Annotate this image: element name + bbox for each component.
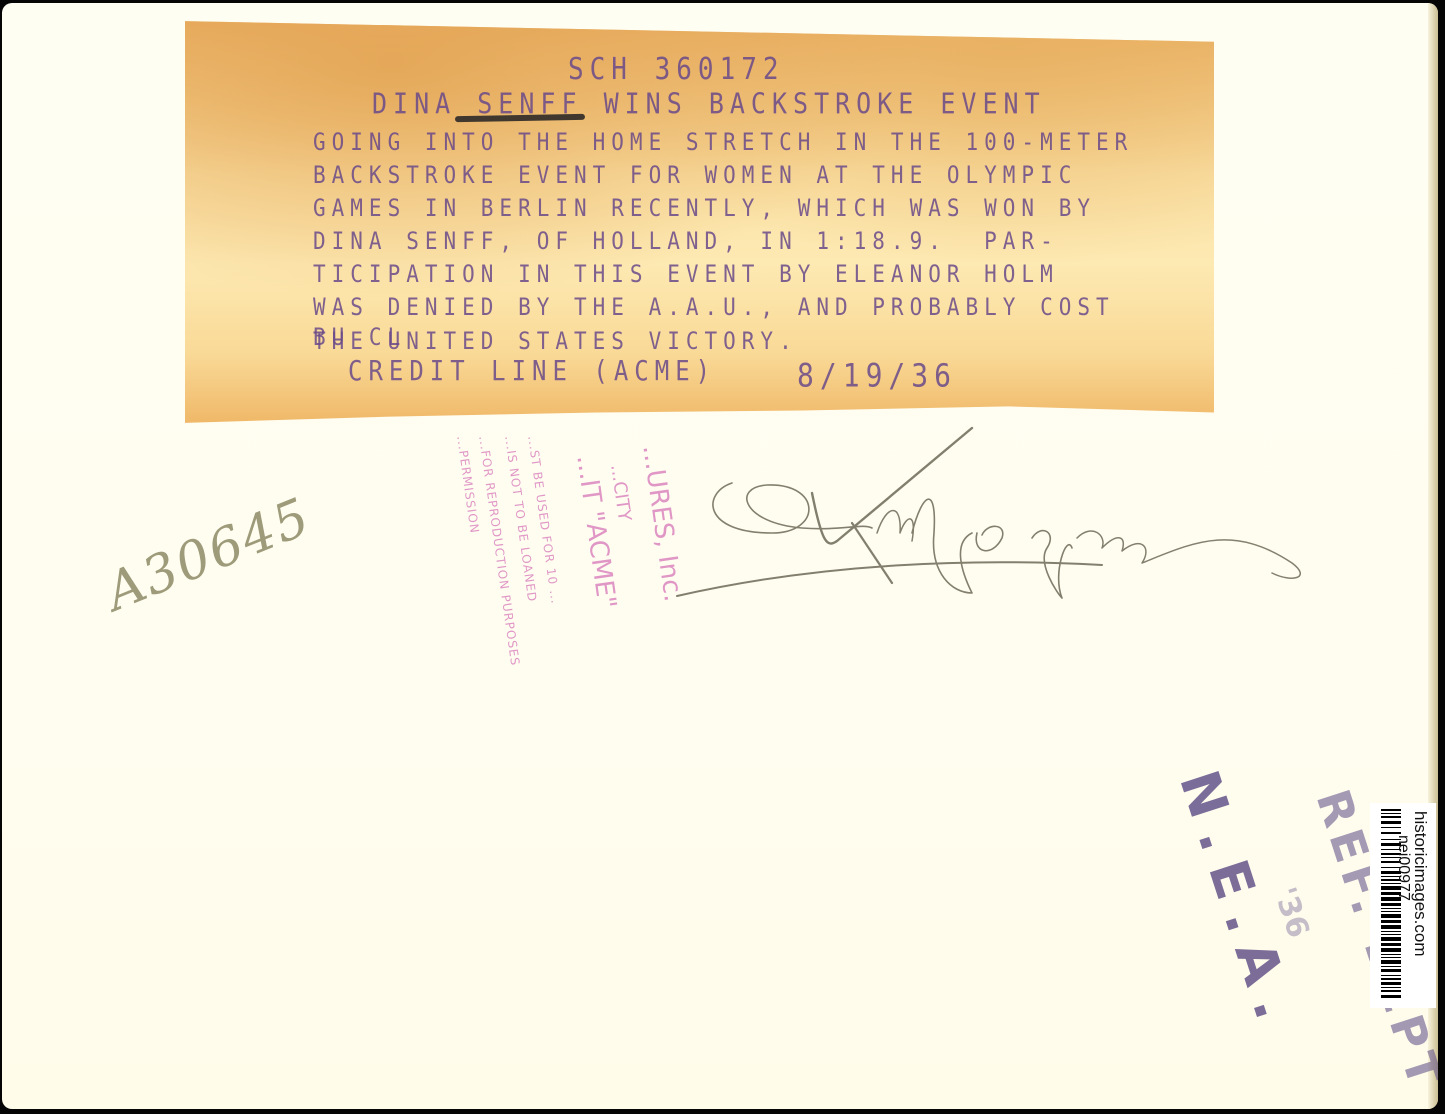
caption-line: TICIPATION IN THIS EVENT BY ELEANOR HOLM bbox=[313, 260, 1059, 288]
caption-slip: SCH 360172 DINA SENFF WINS BACKSTROKE EV… bbox=[185, 17, 1214, 429]
photo-id: SCH 360172 bbox=[568, 53, 785, 88]
caption-line: WAS DENIED BY THE A.A.U., AND PROBABLY C… bbox=[313, 293, 1115, 321]
barcode-item-code: nei00977 bbox=[1394, 835, 1412, 901]
stamp-line: ...CITY bbox=[606, 463, 635, 522]
pen-underline-mark bbox=[455, 114, 585, 122]
caption-date: 8/19/36 bbox=[797, 357, 957, 395]
caption-line: DINA SENFF, OF HOLLAND, IN 1:18.9. PAR- bbox=[313, 227, 1059, 255]
caption-line: BU CL bbox=[313, 323, 406, 351]
pencil-inventory-number: A30645 bbox=[98, 487, 320, 623]
credit-line: CREDIT LINE (ACME) bbox=[348, 355, 716, 387]
barcode-site-text: historicimages.com bbox=[1410, 811, 1430, 957]
caption-line: BACKSTROKE EVENT FOR WOMEN AT THE OLYMPI… bbox=[313, 161, 1077, 189]
caption-line: GOING INTO THE HOME STRETCH IN THE 100-M… bbox=[313, 128, 1133, 156]
handwritten-signature bbox=[672, 423, 1422, 623]
barcode-label: historicimages.com nei00977 bbox=[1370, 803, 1436, 1008]
caption-line: GAMES IN BERLIN RECENTLY, WHICH WAS WON … bbox=[313, 194, 1096, 222]
photo-back-card: SCH 360172 DINA SENFF WINS BACKSTROKE EV… bbox=[2, 3, 1438, 1109]
agency-rubber-stamp: ...URES, Inc. ...CITY ...IT "ACME" ...ST… bbox=[422, 423, 702, 763]
nea-reference-stamp: N.E.A. REF. DEPT '36 bbox=[1082, 763, 1382, 1083]
